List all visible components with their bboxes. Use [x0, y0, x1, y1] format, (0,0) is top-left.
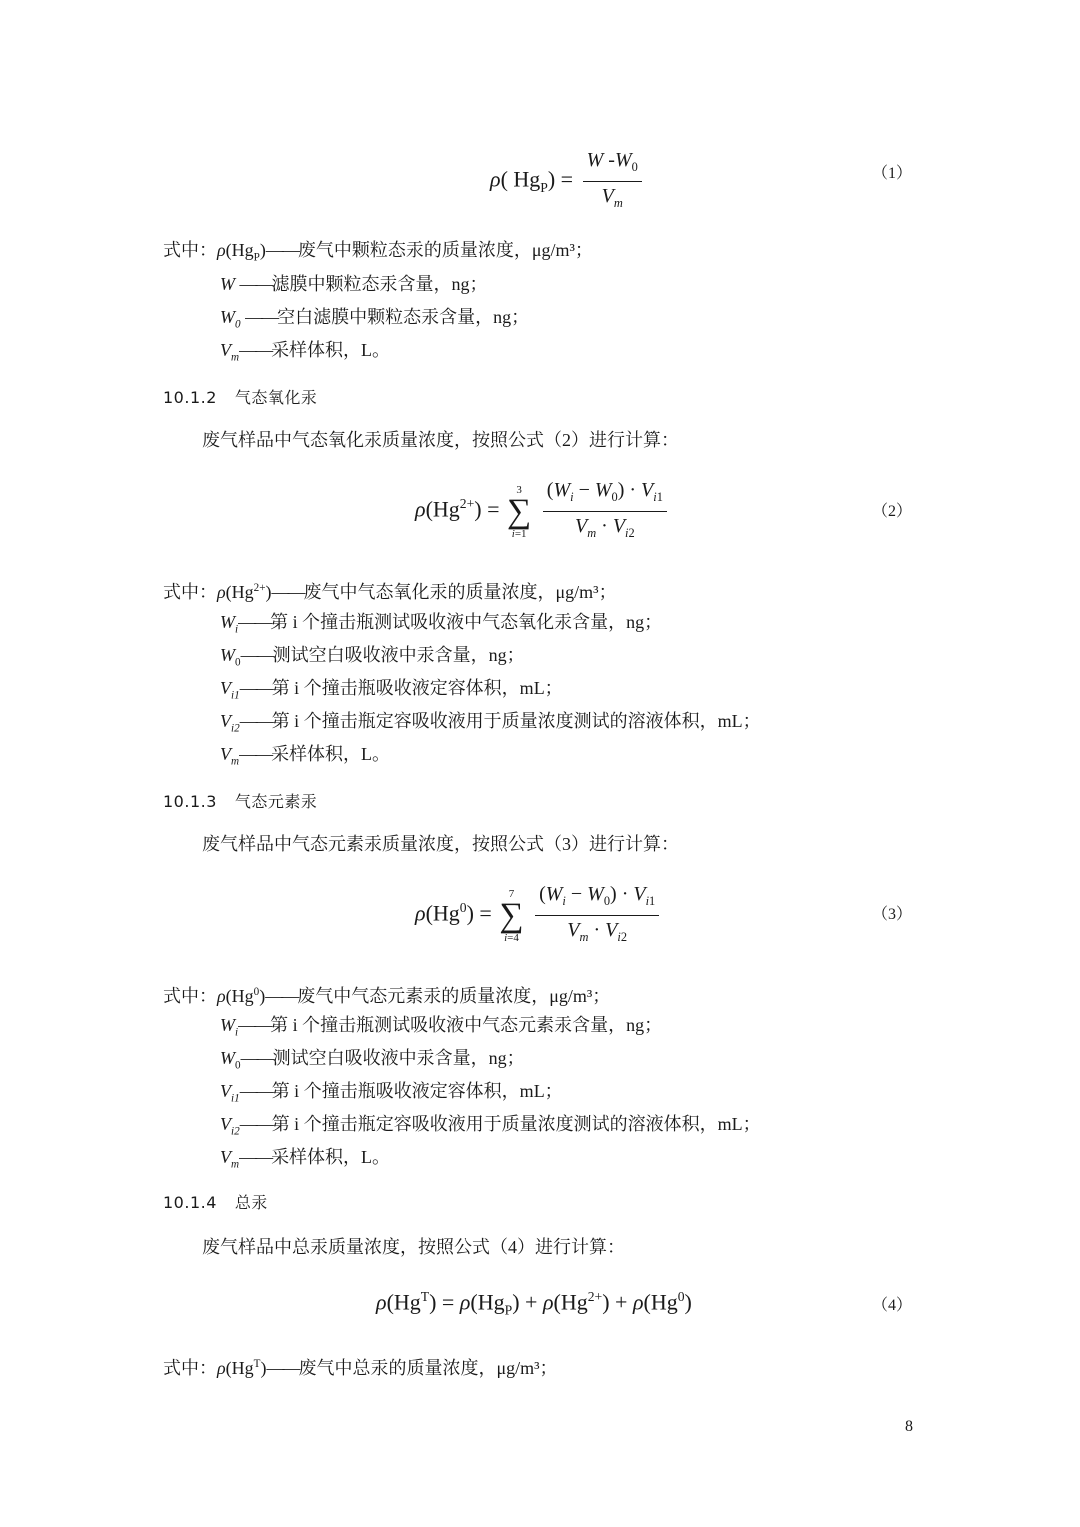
- definition-row: Wi——第 i 个撞击瓶测试吸收液中气态元素汞含量，ng；: [220, 1013, 662, 1045]
- summation-symbol: 3∑i=1: [507, 484, 531, 540]
- equation-3-fraction: (Wi − W0) · Vi1 Vm · Vi2: [535, 882, 659, 949]
- definition-row: Vi1——第 i 个撞击瓶吸收液定容体积，mL；: [220, 1079, 563, 1111]
- equation-2-fraction: (Wi − W0) · Vi1 Vm · Vi2: [543, 478, 667, 545]
- definition-row: 式中：ρ(HgP)——废气中颗粒态汞的质量浓度，μg/m³；: [163, 238, 593, 270]
- definition-row: Vi2——第 i 个撞击瓶定容吸收液用于质量浓度测试的溶液体积，mL；: [220, 1112, 761, 1144]
- section-intro: 废气样品中气态氧化汞质量浓度，按照公式（2）进行计算：: [202, 428, 679, 452]
- equation-4-number: （4）: [872, 1292, 912, 1315]
- definition-row: 式中：ρ(HgT)——废气中总汞的质量浓度，μg/m³；: [163, 1352, 558, 1380]
- equation-1-fraction: W -W0 Vm: [583, 148, 642, 215]
- definition-row: W ——滤膜中颗粒态汞含量，ng；: [220, 272, 488, 296]
- definition-row: 式中：ρ(Hg2+)——废气中气态氧化汞的质量浓度，μg/m³；: [163, 576, 617, 604]
- section-heading-10-1-3: 10.1.3气态元素汞: [163, 789, 317, 812]
- definition-row: W0——测试空白吸收液中汞含量，ng；: [220, 1046, 525, 1078]
- definition-row: Vi2——第 i 个撞击瓶定容吸收液用于质量浓度测试的溶液体积，mL；: [220, 709, 761, 741]
- section-heading-10-1-2: 10.1.2气态氧化汞: [163, 385, 317, 408]
- equation-3: ρ(Hg0) = 7∑i=4 (Wi − W0) · Vi1 Vm · Vi2: [415, 882, 663, 949]
- definition-row: Vm——采样体积，L。: [220, 338, 390, 370]
- definition-row: Wi——第 i 个撞击瓶测试吸收液中气态氧化汞含量，ng；: [220, 610, 662, 642]
- definition-row: Vm——采样体积，L。: [220, 1145, 390, 1177]
- where-label: 式中：: [163, 240, 217, 260]
- page-number: 8: [905, 1418, 913, 1436]
- section-intro: 废气样品中总汞质量浓度，按照公式（4）进行计算：: [202, 1235, 625, 1259]
- equation-2: ρ(Hg2+) = 3∑i=1 (Wi − W0) · Vi1 Vm · Vi2: [415, 478, 671, 545]
- definition-row: 式中：ρ(Hg0)——废气中气态元素汞的质量浓度，μg/m³；: [163, 980, 610, 1008]
- section-heading-10-1-4: 10.1.4总汞: [163, 1190, 268, 1213]
- definition-row: W0——测试空白吸收液中汞含量，ng；: [220, 643, 525, 675]
- definition-row: W0 ——空白滤膜中颗粒态汞含量，ng；: [220, 305, 529, 337]
- summation-symbol: 7∑i=4: [499, 888, 523, 944]
- equation-1: ρ( HgP) = W -W0 Vm: [490, 148, 646, 215]
- equation-4: ρ(HgT) = ρ(HgP) + ρ(Hg2+) + ρ(Hg0): [376, 1289, 692, 1319]
- equation-1-number: （1）: [872, 160, 912, 183]
- equation-3-number: （3）: [872, 901, 912, 924]
- definition-row: Vi1——第 i 个撞击瓶吸收液定容体积，mL；: [220, 676, 563, 708]
- definition-row: Vm——采样体积，L。: [220, 742, 390, 774]
- equation-2-number: （2）: [872, 498, 912, 521]
- section-intro: 废气样品中气态元素汞质量浓度，按照公式（3）进行计算：: [202, 832, 679, 856]
